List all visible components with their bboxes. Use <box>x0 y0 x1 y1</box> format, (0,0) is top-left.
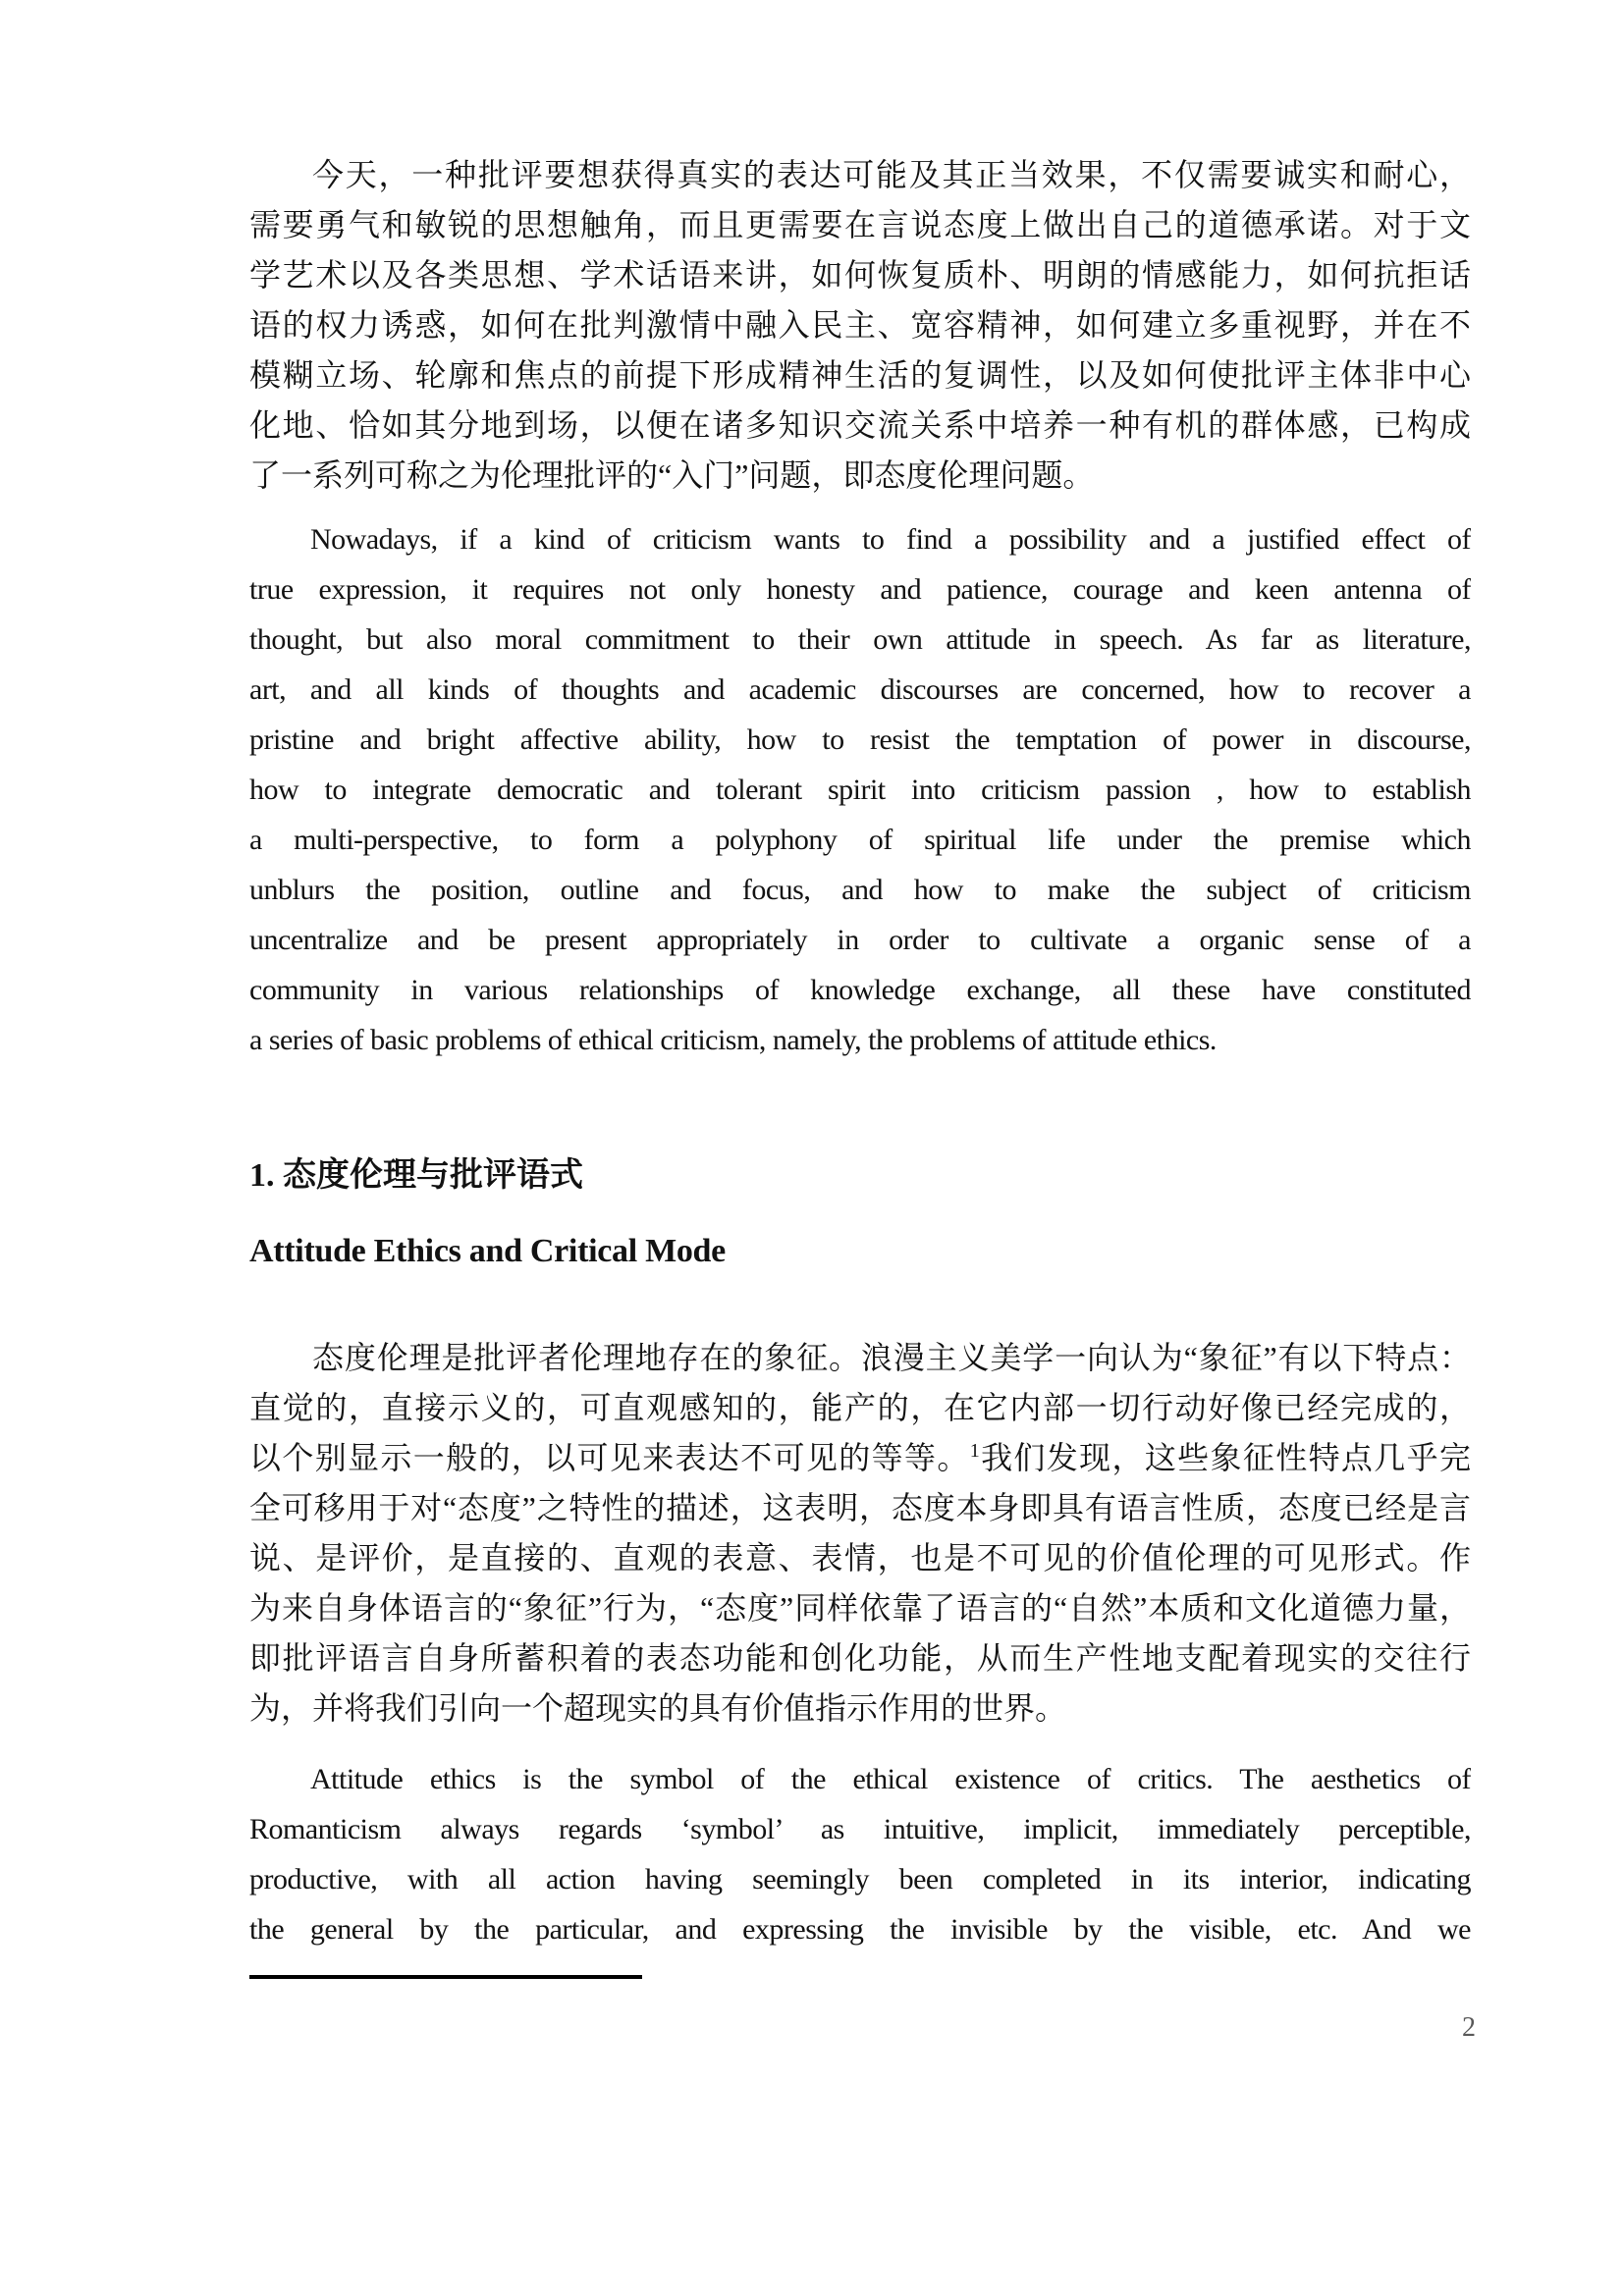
section-heading-en: Attitude Ethics and Critical Mode <box>249 1226 1471 1276</box>
text-line: a multi-perspective, to form a polyphony… <box>249 815 1471 865</box>
text-line: 即批评语言自身所蓄积着的表态功能和创化功能，从而生产性地支配着现实的交往行 <box>249 1633 1471 1683</box>
text-line: community in various relationships of kn… <box>249 965 1471 1015</box>
text-line: Attitude ethics is the symbol of the eth… <box>249 1754 1471 1804</box>
page-number: 2 <box>1449 2008 1489 2048</box>
text-line: 模糊立场、轮廓和焦点的前提下形成精神生活的复调性，以及如何使批评主体非中心 <box>249 350 1471 400</box>
text-line: 学艺术以及各类思想、学术话语来讲，如何恢复质朴、明朗的情感能力，如何抗拒话 <box>249 250 1471 300</box>
text-line: 全可移用于对“态度”之特性的描述，这表明，态度本身即具有语言性质，态度已经是言 <box>249 1483 1471 1533</box>
text-line: productive, with all action having seemi… <box>249 1854 1471 1904</box>
text-line: 了一系列可称之为伦理批评的“入门”问题，即态度伦理问题。 <box>249 451 1471 501</box>
footnote-separator <box>249 1975 642 1979</box>
text-line: 说、是评价，是直接的、直观的表意、表情，也是不可见的价值伦理的可见形式。作 <box>249 1533 1471 1583</box>
text-line: unblurs the position, outline and focus,… <box>249 865 1471 915</box>
text-line-with-footnote: 以个别显示一般的，以可见来表达不可见的等等。1我们发现，这些象征性特点几乎完 <box>249 1433 1471 1483</box>
text-line: the general by the particular, and expre… <box>249 1904 1471 1954</box>
text-line: 为来自身体语言的“象征”行为，“态度”同样依靠了语言的“自然”本质和文化道德力量… <box>249 1583 1471 1633</box>
paragraph-en-1: Nowadays, if a kind of criticism wants t… <box>249 514 1471 1065</box>
paragraph-en-2: Attitude ethics is the symbol of the eth… <box>249 1754 1471 1954</box>
text-line: thought, but also moral commitment to th… <box>249 614 1471 665</box>
paragraph-cn-2: 态度伦理是批评者伦理地存在的象征。浪漫主义美学一向认为“象征”有以下特点： 直觉… <box>249 1333 1471 1734</box>
text-line: 为，并将我们引向一个超现实的具有价值指示作用的世界。 <box>249 1683 1471 1734</box>
paragraph-cn-1: 今天，一种批评要想获得真实的表达可能及其正当效果，不仅需要诚实和耐心， 需要勇气… <box>249 150 1471 501</box>
section-heading-zh: 1. 态度伦理与批评语式 <box>249 1150 1471 1201</box>
text-segment: 我们发现，这些象征性特点几乎完 <box>980 1440 1471 1475</box>
text-line: art, and all kinds of thoughts and acade… <box>249 665 1471 715</box>
text-line: 直觉的，直接示义的，可直观感知的，能产的，在它内部一切行动好像已经完成的， <box>249 1383 1471 1433</box>
text-line: how to integrate democratic and tolerant… <box>249 765 1471 815</box>
text-line: true expression, it requires not only ho… <box>249 564 1471 614</box>
text-line: pristine and bright affective ability, h… <box>249 715 1471 765</box>
text-line: uncentralize and be present appropriatel… <box>249 915 1471 965</box>
text-line: Romanticism always regards ‘symbol’ as i… <box>249 1804 1471 1854</box>
footnote-marker-1: 1 <box>970 1440 980 1462</box>
text-line: 需要勇气和敏锐的思想触角，而且更需要在言说态度上做出自己的道德承诺。对于文 <box>249 200 1471 250</box>
text-line: 语的权力诱惑，如何在批判激情中融入民主、宽容精神，如何建立多重视野，并在不 <box>249 300 1471 350</box>
text-line: 态度伦理是批评者伦理地存在的象征。浪漫主义美学一向认为“象征”有以下特点： <box>249 1333 1471 1383</box>
text-line: Nowadays, if a kind of criticism wants t… <box>249 514 1471 564</box>
text-line: 今天，一种批评要想获得真实的表达可能及其正当效果，不仅需要诚实和耐心， <box>249 150 1471 200</box>
text-line: 化地、恰如其分地到场，以便在诸多知识交流关系中培养一种有机的群体感，已构成 <box>249 400 1471 451</box>
document-page: 今天，一种批评要想获得真实的表达可能及其正当效果，不仅需要诚实和耐心， 需要勇气… <box>0 0 1624 2296</box>
text-line: a series of basic problems of ethical cr… <box>249 1015 1471 1065</box>
text-segment: 以个别显示一般的，以可见来表达不可见的等等。 <box>249 1440 970 1475</box>
